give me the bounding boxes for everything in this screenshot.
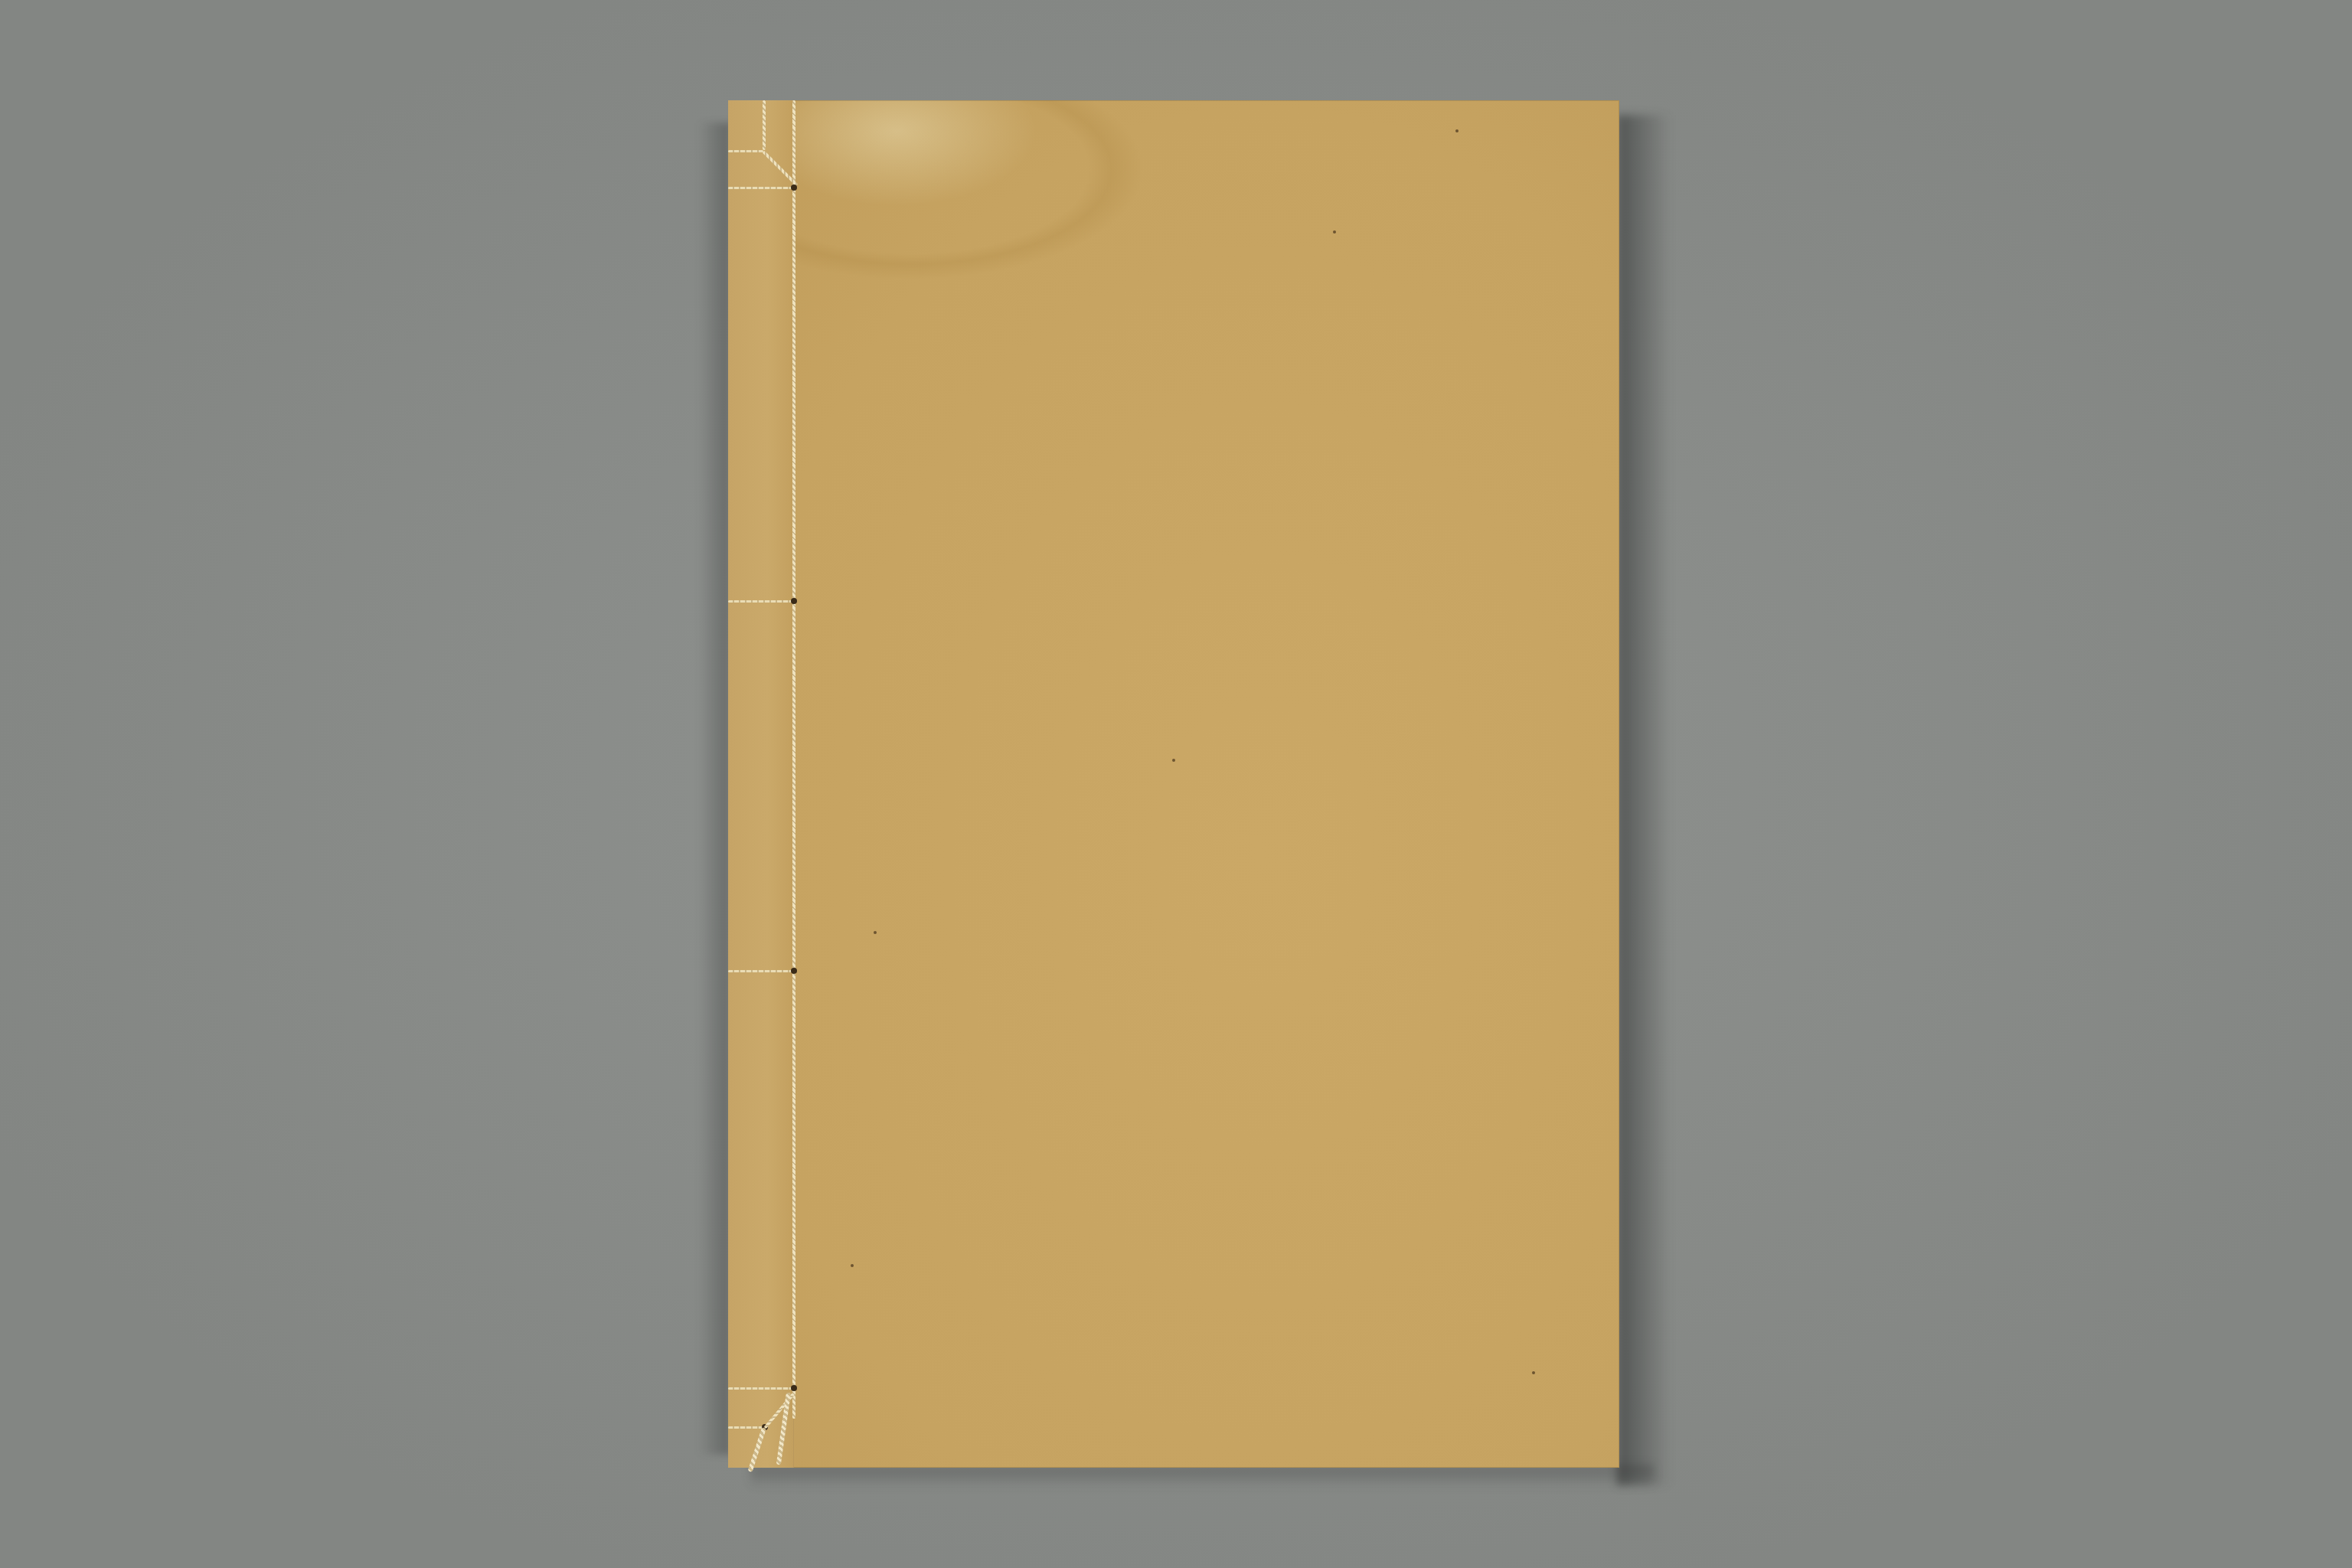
stitch-hole	[791, 1385, 797, 1391]
stitch-thread-horizontal	[728, 600, 792, 603]
book-cover	[728, 100, 1619, 1468]
spine-thread-segment	[792, 971, 795, 1388]
paper-speck	[1172, 759, 1175, 762]
spine-thread-segment	[792, 188, 795, 601]
corner-thread-bottom-h	[728, 1426, 763, 1429]
spine-thread-segment	[792, 601, 795, 971]
book-shadow-right	[1617, 115, 1671, 1485]
stitch-hole	[791, 968, 797, 974]
stitch-hole	[791, 598, 797, 604]
corner-thread-top	[763, 100, 766, 150]
paper-speck	[874, 931, 877, 934]
book-shadow-left	[698, 122, 730, 1455]
stitch-thread-horizontal	[728, 970, 792, 972]
book-shadow-bottom	[750, 1465, 1654, 1488]
stitch-thread-horizontal	[728, 1387, 792, 1390]
paper-speck	[1333, 230, 1336, 234]
corner-thread-top-h	[728, 150, 763, 152]
stitch-hole	[791, 185, 797, 191]
stitch-thread-horizontal	[728, 187, 792, 189]
paper-speck	[1455, 129, 1459, 132]
spine-binding-strip	[728, 100, 794, 1468]
paper-speck	[1532, 1371, 1535, 1374]
paper-speck	[851, 1264, 854, 1267]
spine-thread-segment	[792, 100, 795, 188]
